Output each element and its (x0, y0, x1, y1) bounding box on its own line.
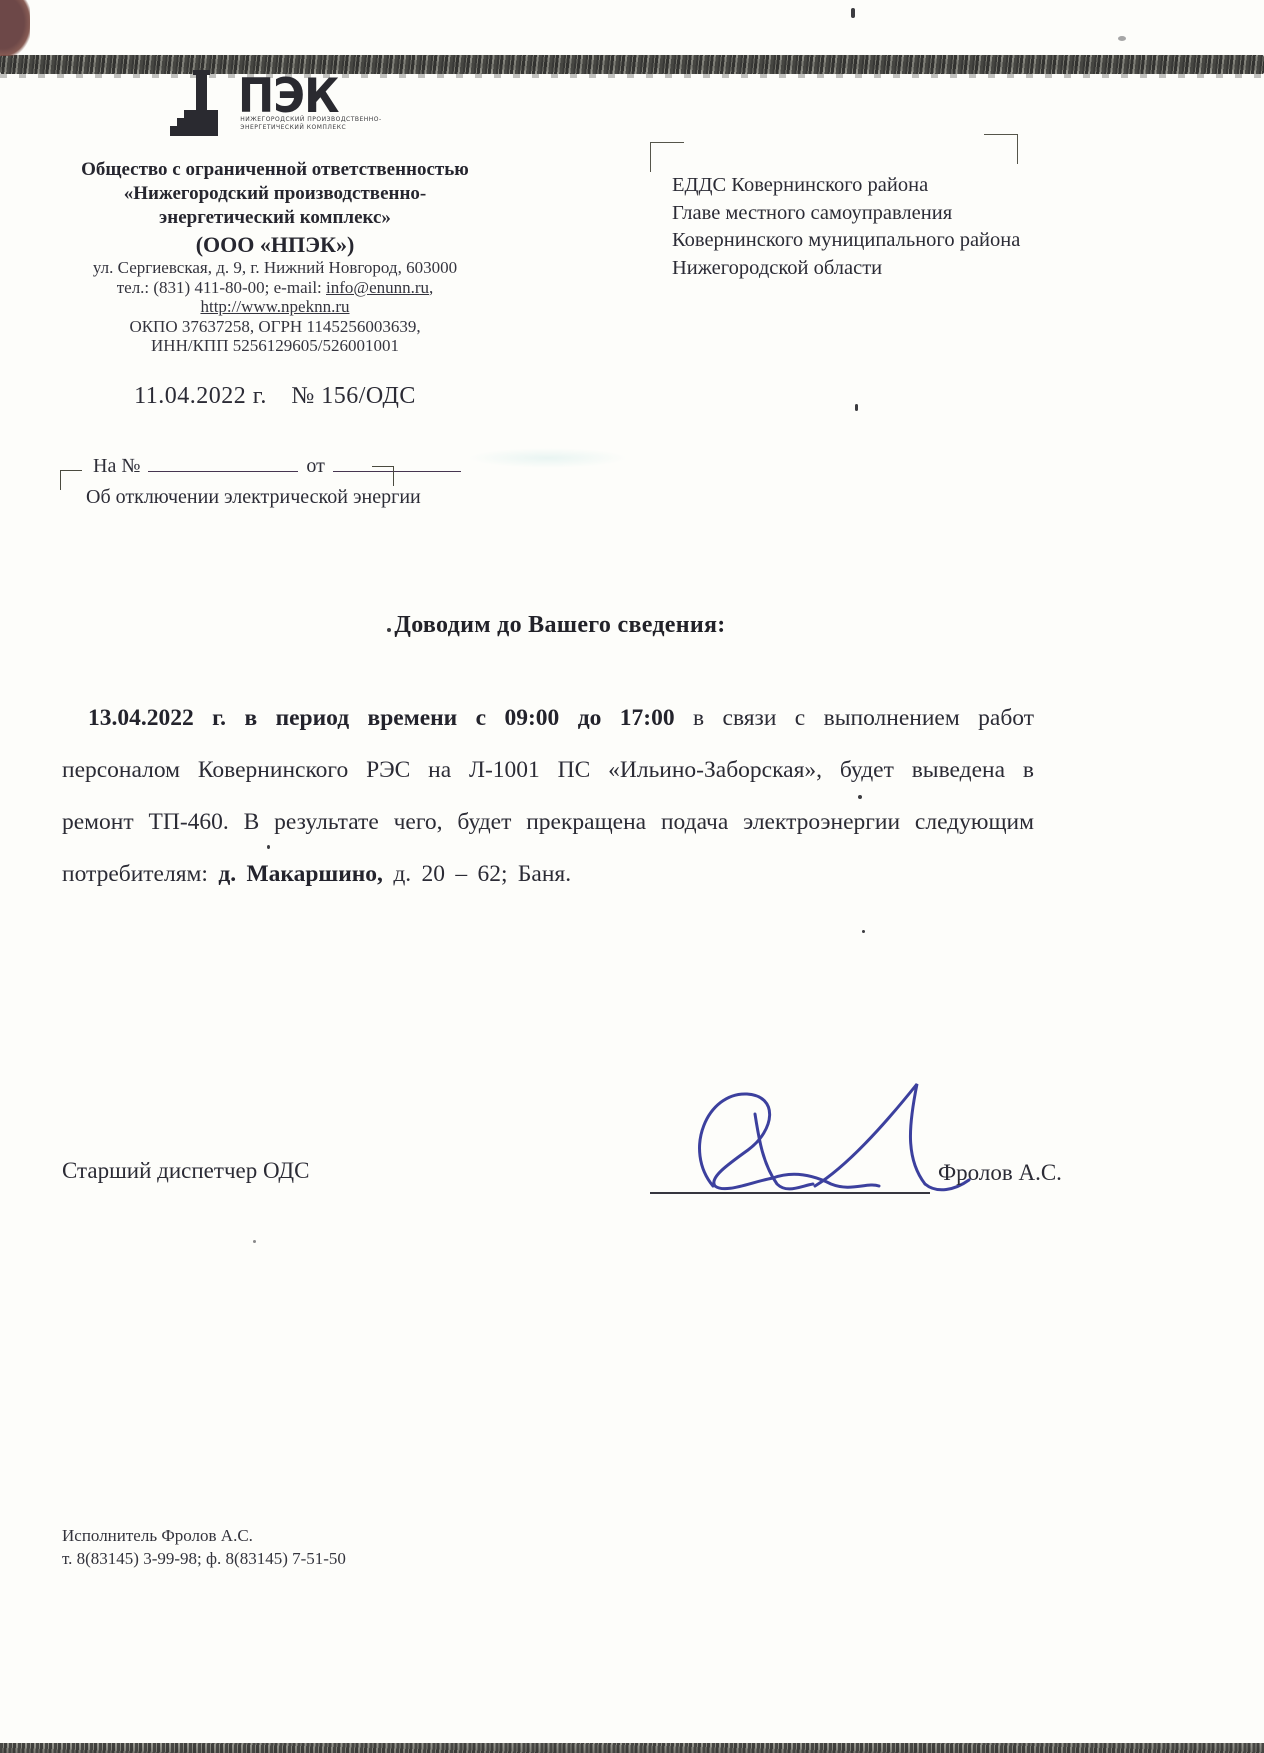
org-name-line1: Общество с ограниченной ответственностью (55, 158, 495, 182)
logo-tagline-line1: НИЖЕГОРОДСКИЙ ПРОИЗВОДСТВЕННО- (240, 116, 381, 124)
executor-phones: т. 8(83145) 3-99-98; ф. 8(83145) 7-51-50 (62, 1547, 346, 1570)
org-inn-kpp: ИНН/КПП 5256129605/526001001 (55, 336, 495, 356)
signer-name: Фролов А.С. (938, 1160, 1062, 1186)
org-name-line2: «Нижегородский производственно- (55, 182, 495, 206)
scan-speck (862, 930, 865, 933)
phone-label: тел.: (831) 411-80-00; e-mail: (117, 278, 326, 297)
org-abbr: (ООО «НПЭК») (55, 231, 495, 258)
logo-tagline-line2: ЭНЕРГЕТИЧЕСКИЙ КОМПЛЕКС (240, 124, 346, 132)
doc-date: 11.04.2022 г. (134, 383, 267, 409)
factory-icon (170, 70, 234, 148)
corner-mark-left (60, 470, 82, 490)
scan-speck (851, 8, 855, 18)
npek-logo: ПЭК НИЖЕГОРОДСКИЙ ПРОИЗВОДСТВЕННО- ЭНЕРГ… (170, 70, 379, 148)
recipient-corner-mark-right (984, 134, 1018, 164)
body-text-tail: д. 20 – 62; Баня. (383, 861, 571, 887)
body-date-range: 13.04.2022 г. в период времени с 09:00 д… (88, 705, 675, 731)
body-text: в связи с выполнением работ персоналом К… (62, 705, 1034, 887)
org-okpo-ogrn: ОКПО 37637258, ОГРН 1145256003639, (55, 317, 495, 337)
scan-artifact-corner-blotch (0, 0, 30, 56)
recipient-corner-mark-left (650, 142, 684, 172)
doc-number: № 156/ОДС (291, 383, 416, 409)
reply-date-blank (333, 454, 461, 472)
logo-wordmark: ПЭК НИЖЕГОРОДСКИЙ ПРОИЗВОДСТВЕННО- ЭНЕРГ… (238, 90, 379, 148)
subject-line: Об отключении электрической энергии (86, 486, 394, 509)
scan-speck (1118, 36, 1126, 41)
org-contacts: тел.: (831) 411-80-00; e-mail: info@enun… (55, 278, 495, 298)
doc-date-number: 11.04.2022 г. № 156/ОДС (55, 383, 495, 410)
org-name-line3: энергетический комплекс» (55, 206, 495, 230)
scan-artifact-bottom-band (0, 1743, 1264, 1753)
email-link[interactable]: info@enunn.ru (326, 278, 429, 297)
subject-area: Об отключении электрической энергии (58, 470, 394, 509)
scan-speck (253, 1240, 256, 1243)
scanned-letter-page: ПЭК НИЖЕГОРОДСКИЙ ПРОИЗВОДСТВЕННО- ЭНЕРГ… (0, 0, 1264, 1753)
email-suffix: , (429, 278, 433, 297)
reply-number-blank (148, 454, 298, 472)
scan-speck (855, 404, 858, 411)
body-paragraph: 13.04.2022 г. в период времени с 09:00 д… (62, 692, 1034, 900)
recipient-line2: Главе местного самоуправления (672, 200, 1020, 228)
recipient-line3: Ковернинского муниципального района (672, 227, 1020, 255)
executor-block: Исполнитель Фролов А.С. т. 8(83145) 3-99… (62, 1524, 346, 1570)
website-link[interactable]: http://www.npeknn.ru (55, 297, 495, 317)
sender-block: ПЭК НИЖЕГОРОДСКИЙ ПРОИЗВОДСТВЕННО- ЭНЕРГ… (55, 70, 495, 478)
org-address: ул. Сергиевская, д. 9, г. Нижний Новгоро… (55, 258, 495, 278)
executor-name: Исполнитель Фролов А.С. (62, 1524, 346, 1547)
logo-text: ПЭК (238, 76, 339, 118)
corner-mark-right (372, 466, 394, 486)
signer-position: Старший диспетчер ОДС (62, 1158, 309, 1184)
body-settlement: д. Макаршино, (218, 861, 383, 887)
recipient-block: ЕДДС Ковернинского района Главе местного… (672, 172, 1020, 282)
body-heading: Доводим до Вашего сведения: (0, 612, 1120, 639)
recipient-line4: Нижегородской области (672, 255, 1020, 283)
recipient-line1: ЕДДС Ковернинского района (672, 172, 1020, 200)
